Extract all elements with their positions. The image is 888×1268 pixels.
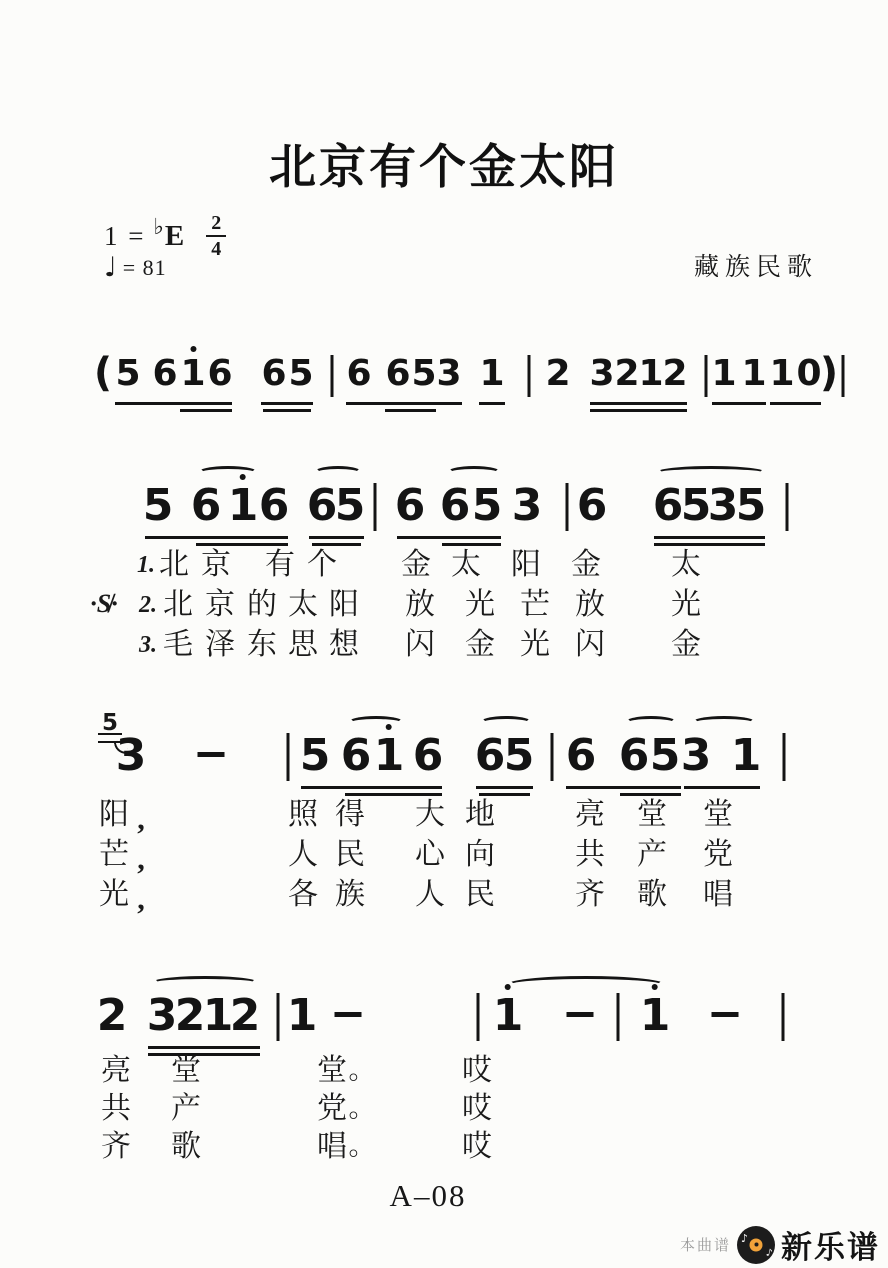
note: 6 — [259, 484, 290, 528]
note: 5 — [411, 356, 436, 392]
note: 5 — [504, 734, 535, 778]
note: 1 — [479, 356, 504, 392]
lyric-syllable: 金 — [571, 548, 601, 581]
beam-underline — [566, 786, 681, 789]
note: 2 — [662, 356, 687, 392]
note: 5 — [472, 484, 503, 528]
slur-arc — [152, 976, 258, 989]
note: 2 — [175, 994, 206, 1038]
lyric-syllable: 哎 — [462, 1092, 492, 1125]
note: 3 — [512, 484, 543, 528]
beam-underline — [654, 543, 765, 546]
lyric-syllable: 人 — [415, 878, 445, 911]
lyric-syllable: 京 — [205, 588, 235, 621]
parenthesis: ) — [820, 353, 838, 393]
lyric-syllable: 民 — [465, 878, 495, 911]
beam-underline — [385, 409, 436, 412]
note: 2 — [545, 356, 570, 392]
beam-underline — [397, 536, 501, 539]
lyric-syllable: 各 — [288, 878, 318, 911]
lyric-syllable: 歌 — [637, 878, 667, 911]
slur-arc — [656, 466, 766, 479]
beam-underline — [115, 402, 232, 405]
note: 1 — [374, 734, 405, 778]
beam-underline — [148, 1046, 260, 1049]
lyric-syllable: 毛 — [163, 628, 193, 661]
beam-underline — [312, 543, 361, 546]
note: 3 — [147, 994, 178, 1038]
lyric-syllable: 芒 — [520, 588, 550, 621]
score-area: (56166566531232121110)561665665366535535… — [0, 0, 888, 1268]
lyric-syllable: 太 — [671, 548, 701, 581]
lyric-syllable: 金 — [401, 548, 431, 581]
barline — [528, 355, 531, 397]
beam-underline — [684, 786, 760, 789]
barline — [277, 993, 280, 1041]
lyric-syllable: 有 — [265, 548, 295, 581]
dash-note — [335, 1012, 362, 1017]
lyric-syllable: 芒 — [99, 838, 129, 871]
lyric-syllable: 产 — [637, 838, 667, 871]
note: 6 — [152, 356, 177, 392]
slur-arc — [692, 716, 756, 729]
lyric-syllable: 北 — [159, 548, 189, 581]
barline — [566, 483, 569, 531]
lyric-syllable: 唱 — [317, 1130, 347, 1163]
lyric-syllable: 族 — [335, 878, 365, 911]
beam-underline — [479, 402, 505, 405]
barline — [331, 355, 334, 397]
beam-underline — [309, 536, 364, 539]
note: 1 — [180, 356, 205, 392]
note: 6 — [653, 484, 684, 528]
beam-underline — [261, 402, 313, 405]
note: 1 — [731, 734, 762, 778]
barline — [477, 993, 480, 1041]
note: 6 — [341, 734, 372, 778]
lyric-syllable: 大 — [415, 798, 445, 831]
beam-underline — [654, 536, 765, 539]
lyric-syllable: 得 — [335, 798, 365, 831]
beam-underline — [145, 536, 288, 539]
slur-arc — [506, 976, 666, 994]
lyric-syllable: 哎 — [462, 1054, 492, 1087]
verse-number: 2. — [139, 588, 157, 618]
verse-number: 1. — [137, 548, 155, 578]
beam-underline — [479, 793, 530, 796]
lyric-syllable: 堂 — [171, 1054, 201, 1087]
lyric-syllable: 思 — [288, 628, 318, 661]
watermark-brand: 新乐谱 — [781, 1222, 880, 1267]
beam-underline — [712, 402, 766, 405]
note: 1 — [493, 994, 524, 1038]
lyric-syllable: , — [137, 883, 145, 916]
lyric-syllable: 阳 — [511, 548, 541, 581]
lyric-syllable: 阳 — [329, 588, 359, 621]
beam-underline — [442, 543, 501, 546]
lyric-syllable: 太 — [451, 548, 481, 581]
beam-underline — [301, 786, 442, 789]
lyric-syllable: 光 — [671, 588, 701, 621]
page-number: A–08 — [390, 1178, 467, 1214]
note: 5 — [335, 484, 366, 528]
note: 5 — [115, 356, 140, 392]
note: 3 — [708, 484, 739, 528]
note: 6 — [577, 484, 608, 528]
note: 1 — [741, 356, 766, 392]
barline — [551, 733, 554, 781]
lyric-syllable: 京 — [201, 548, 231, 581]
note: 0 — [796, 356, 821, 392]
lyric-syllable: 哎 — [462, 1130, 492, 1163]
vinyl-record-icon: ♪ ♪ — [737, 1226, 775, 1264]
note: 1 — [638, 356, 663, 392]
barline — [842, 355, 845, 397]
note: 6 — [395, 484, 426, 528]
note: 1 — [711, 356, 736, 392]
note: 6 — [413, 734, 444, 778]
lyric-syllable: 亮 — [575, 798, 605, 831]
lyric-syllable: 堂 — [317, 1054, 347, 1087]
barline — [786, 483, 789, 531]
beam-underline — [620, 793, 681, 796]
lyric-syllable: 共 — [575, 838, 605, 871]
note: 2 — [230, 994, 261, 1038]
lyric-syllable: 地 — [465, 798, 495, 831]
slur-arc — [348, 716, 404, 729]
lyric-syllable: 想 — [329, 628, 359, 661]
note: 5 — [143, 484, 174, 528]
parenthesis: ( — [94, 353, 112, 393]
beam-underline — [436, 402, 462, 405]
lyric-syllable: 东 — [247, 628, 277, 661]
beam-underline — [196, 543, 288, 546]
lyric-syllable: 闪 — [405, 628, 435, 661]
lyric-syllable: 金 — [465, 628, 495, 661]
beam-underline — [590, 409, 687, 412]
record-label — [750, 1238, 763, 1251]
note: 3 — [436, 356, 461, 392]
lyric-syllable: 党 — [703, 838, 733, 871]
lyric-syllable: 阳 — [99, 798, 129, 831]
lyric-syllable: 光 — [520, 628, 550, 661]
slur-arc — [480, 716, 532, 729]
music-note-icon: ♪ — [765, 1247, 774, 1259]
lyric-syllable: 齐 — [575, 878, 605, 911]
barline — [617, 993, 620, 1041]
lyric-syllable: 堂 — [637, 798, 667, 831]
barline — [705, 355, 708, 397]
note: 3 — [589, 356, 614, 392]
note: 3 — [116, 734, 147, 778]
note: 1 — [769, 356, 794, 392]
verse-number: 3. — [139, 628, 157, 658]
note: 6 — [619, 734, 650, 778]
beam-underline — [263, 409, 311, 412]
barline — [783, 733, 786, 781]
lyric-syllable: 。 — [349, 1132, 376, 1162]
lyric-syllable: 。 — [349, 1056, 376, 1086]
note: 6 — [307, 484, 338, 528]
lyric-syllable: , — [137, 803, 145, 836]
note: 5 — [650, 734, 681, 778]
sheet-music-page: 北京有个金太阳 1 = ♭ E 2 4 ♩ = 81 藏族民歌 (5616656… — [0, 0, 888, 1268]
lyric-syllable: 泽 — [205, 628, 235, 661]
lyric-syllable: 心 — [415, 838, 445, 871]
dash-note — [567, 1012, 594, 1017]
note: 1 — [228, 484, 259, 528]
lyric-syllable: 金 — [671, 628, 701, 661]
note: 1 — [287, 994, 318, 1038]
lyric-syllable: 唱 — [703, 878, 733, 911]
lyric-syllable: 个 — [307, 548, 337, 581]
segno-mark: ·S̸· — [90, 588, 117, 619]
dash-note — [198, 752, 225, 757]
lyric-syllable: 堂 — [703, 798, 733, 831]
note: 5 — [736, 484, 767, 528]
lyric-syllable: 党 — [317, 1092, 347, 1125]
beam-underline — [346, 402, 436, 405]
watermark: 本曲谱 ♪ ♪ 新乐谱 — [680, 1222, 880, 1267]
lyric-syllable: 北 — [163, 588, 193, 621]
lyric-syllable: 的 — [247, 588, 277, 621]
record-hole — [754, 1243, 758, 1247]
note: 6 — [385, 356, 410, 392]
beam-underline — [476, 786, 533, 789]
note: 2 — [97, 994, 128, 1038]
lyric-syllable: 太 — [288, 588, 318, 621]
lyric-syllable: 。 — [349, 1094, 376, 1124]
slur-arc — [625, 716, 677, 729]
slur-arc — [314, 466, 362, 479]
beam-underline — [345, 793, 442, 796]
note: 6 — [207, 356, 232, 392]
lyric-syllable: 光 — [465, 588, 495, 621]
barline — [782, 993, 785, 1041]
beam-underline — [770, 402, 821, 405]
slur-arc — [198, 466, 258, 479]
beam-underline — [148, 1053, 260, 1056]
lyric-syllable: , — [137, 843, 145, 876]
lyric-syllable: 齐 — [101, 1130, 131, 1163]
lyric-syllable: 放 — [575, 588, 605, 621]
note: 6 — [566, 734, 597, 778]
music-note-icon: ♪ — [741, 1232, 748, 1245]
note: 6 — [346, 356, 371, 392]
slur-arc — [447, 466, 501, 479]
barline — [287, 733, 290, 781]
lyric-syllable: 光 — [99, 878, 129, 911]
note: 6 — [475, 734, 506, 778]
note: 6 — [440, 484, 471, 528]
lyric-syllable: 闪 — [575, 628, 605, 661]
note: 2 — [614, 356, 639, 392]
lyric-syllable: 产 — [171, 1092, 201, 1125]
beam-underline — [180, 409, 232, 412]
lyric-syllable: 亮 — [101, 1054, 131, 1087]
note: 5 — [288, 356, 313, 392]
note: 3 — [681, 734, 712, 778]
lyric-syllable: 照 — [288, 798, 318, 831]
lyric-syllable: 向 — [465, 838, 495, 871]
lyric-syllable: 共 — [101, 1092, 131, 1125]
dash-note — [712, 1012, 739, 1017]
lyric-syllable: 放 — [405, 588, 435, 621]
note: 5 — [300, 734, 331, 778]
lyric-syllable: 民 — [335, 838, 365, 871]
note: 6 — [261, 356, 286, 392]
note: 1 — [640, 994, 671, 1038]
lyric-syllable: 人 — [288, 838, 318, 871]
lyric-syllable: 歌 — [171, 1130, 201, 1163]
barline — [374, 483, 377, 531]
note: 6 — [191, 484, 222, 528]
watermark-prefix: 本曲谱 — [680, 1234, 731, 1255]
beam-underline — [590, 402, 687, 405]
